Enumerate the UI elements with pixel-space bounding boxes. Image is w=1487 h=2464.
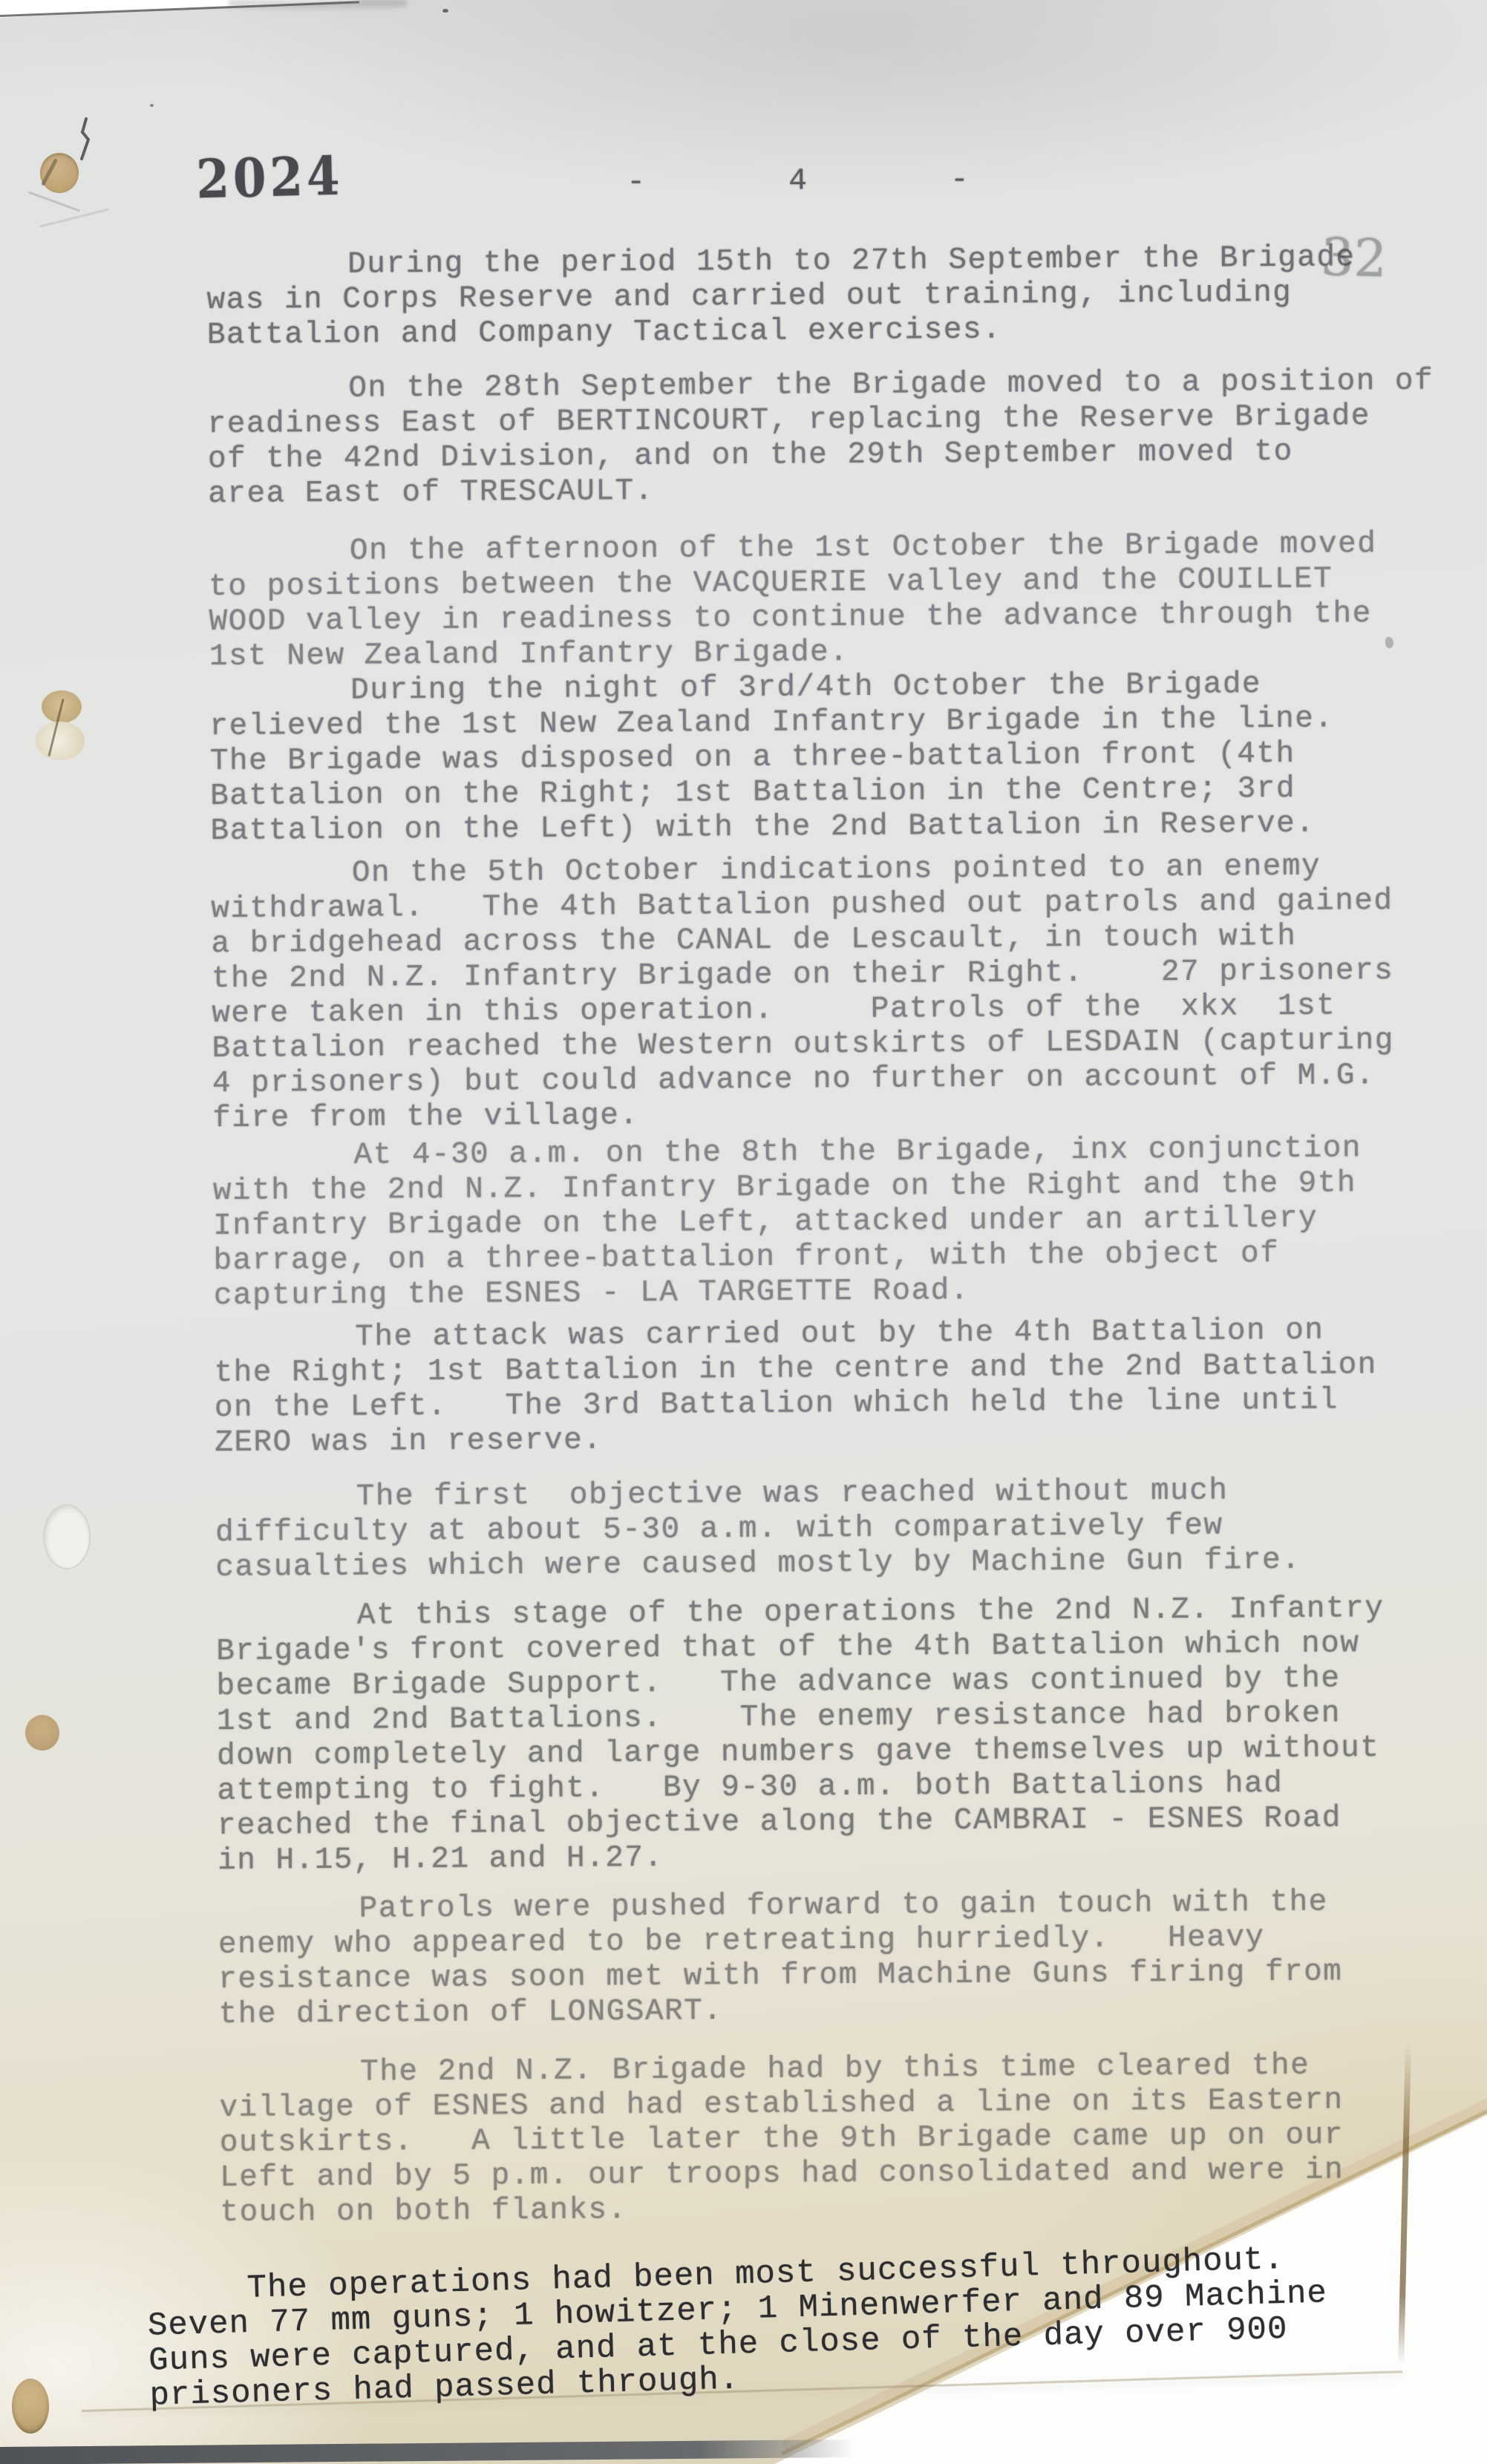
document-body: During the period 15th to 27th September… [0,0,1487,2464]
text-line: the direction of LONGSART. [219,1990,1343,2033]
text-line: in H.15, H.21 and H.27. [218,1836,1386,1879]
typed-content: 2024 - 4 - 32 During the period 15th to … [0,0,1487,2464]
paragraph: On the 28th September the Brigade moved … [207,364,1434,512]
paragraph: Patrols were pushed forward to gain touc… [218,1885,1343,2033]
paragraph: At this stage of the operations the 2nd … [216,1592,1386,1879]
text-line: Battalion and Company Tactical exercises… [207,310,1356,353]
text-line: ZERO was in reserve. [215,1418,1378,1461]
text-line: touch on both flanks. [220,2188,1344,2231]
text-line: fire from the village. [212,1094,1395,1137]
text-line: Battalion on the Left) with the 2nd Batt… [210,806,1334,849]
paragraph: The attack was carried out by the 4th Ba… [214,1313,1378,1461]
paragraph: At 4-30 a.m. on the 8th the Brigade, inx… [212,1131,1362,1314]
paragraph: The first objective was reached without … [215,1474,1301,1586]
text-line: casualties which were caused mostly by M… [215,1543,1301,1586]
paragraph: During the period 15th to 27th September… [206,241,1356,353]
paragraph: The 2nd N.Z. Brigade had by this time cl… [219,2048,1344,2231]
paragraph: The operations had been most successful … [146,2241,1330,2414]
paragraph: On the 5th October indications pointed t… [211,849,1395,1137]
scanned-page: 2024 - 4 - 32 During the period 15th to … [0,0,1487,2464]
paragraph: During the night of 3rd/4th October the … [209,667,1335,849]
text-line: capturing the ESNES - LA TARGETTE Road. [214,1271,1363,1314]
paragraph: On the afternoon of the 1st October the … [209,527,1378,675]
